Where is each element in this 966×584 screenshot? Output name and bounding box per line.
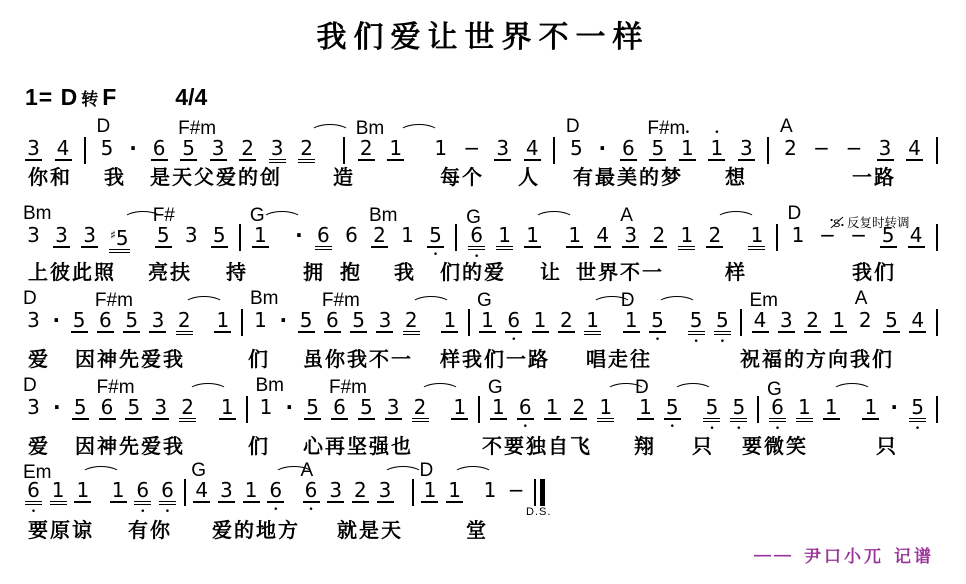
note-digit: 5 [649, 137, 666, 161]
note-token: 1 [74, 479, 91, 503]
lyric-segment: 就是天 [337, 514, 403, 543]
lyric-segment: 只 [876, 430, 898, 459]
note-digit: 1 [862, 396, 879, 420]
note-digit: 6 [134, 479, 151, 505]
chord-label: Em [23, 463, 52, 482]
note-token: 4 [594, 224, 611, 248]
note-token: 4 [524, 137, 541, 161]
slur-arc [99, 479, 102, 501]
note-digit: 4 [906, 137, 923, 161]
note-digit: 1 [566, 224, 583, 248]
note-digit: 3 [494, 137, 511, 161]
note-token: D1 [790, 224, 807, 246]
note-token: G1 [490, 396, 507, 420]
note-digit: 1 [524, 224, 541, 248]
note-token: 5• [909, 396, 926, 422]
note-token: D1 [623, 309, 640, 333]
note-digit: 6 [303, 479, 320, 503]
note-token: 1 [387, 137, 404, 161]
note-digit: 2 [352, 479, 369, 503]
note-token: 3 [81, 224, 98, 248]
note-digit: 6 [324, 309, 341, 333]
note-digit: 5 [909, 396, 926, 422]
note-token: 1• [708, 137, 725, 161]
note-digit: 1 [74, 479, 91, 503]
chord-label: D [419, 461, 433, 480]
note-digit: 3 [778, 309, 795, 333]
note-token: 6 [315, 224, 332, 250]
note-token: 5• [649, 309, 666, 333]
note-digit: 6 [343, 224, 360, 246]
note-token: 2 [352, 479, 369, 503]
note-digit: 2 [570, 396, 587, 420]
octave-dot-high: • [685, 130, 690, 136]
lyric-segment: 样我们一路 [440, 343, 550, 372]
chord-label: D [97, 117, 111, 136]
barline [757, 396, 759, 423]
note-token: 3 [377, 479, 394, 503]
barline [936, 224, 938, 251]
note-token: G1 [252, 224, 269, 248]
note-token: − [506, 479, 526, 501]
barline [740, 309, 742, 336]
key-prefix: 1= D [25, 84, 78, 111]
chord-label: Bm [369, 206, 398, 225]
note-token: ♯5 [109, 224, 130, 253]
note-token: G6• [468, 224, 485, 250]
note-token: · [278, 309, 288, 331]
note-digit: 4 [594, 224, 611, 248]
lyric-segment: 爱 [28, 343, 50, 372]
note-digit: 1 [708, 137, 725, 161]
chord-label: D [23, 376, 37, 395]
note-digit: 1 [479, 309, 496, 333]
note-digit: 2 [706, 224, 723, 248]
barline [184, 479, 186, 506]
note-token: 4 [55, 137, 72, 161]
note-digit: 4 [193, 479, 210, 503]
note-digit: 6 [151, 137, 168, 161]
note-token: D3 [25, 396, 42, 418]
note-digit: 1 [399, 224, 416, 246]
barline [84, 137, 86, 164]
note-digit: 1 [421, 479, 438, 503]
chord-label: F# [153, 206, 175, 225]
note-digit: 5 [304, 396, 321, 420]
note-token: Bm1 [257, 396, 274, 418]
lyric-segment: 持 [226, 256, 248, 285]
chord-label: D [23, 289, 37, 308]
note-token: 1 [219, 396, 236, 420]
sheet-music-page: 我们爱让世界不一样 1= D 转 F 4/4 34D5·6F#m53232Bm2… [0, 0, 966, 584]
note-digit: 3 [269, 137, 286, 163]
note-token: 6• [134, 479, 151, 505]
lyric-segment: 想 [725, 161, 747, 190]
barline [455, 224, 457, 251]
note-digit: 1 [544, 396, 561, 420]
octave-dot-high: • [714, 130, 719, 136]
repeat-annotation-text: 反复时转调 [847, 213, 910, 231]
note-token: 5 [125, 396, 142, 420]
chord-label: A [301, 461, 314, 480]
note-token: F#m6 [324, 309, 341, 333]
chord-label: G [488, 378, 503, 397]
notation-system-5: Em6•1116•6•G4316•A6•323D111− [25, 479, 545, 505]
lyric-segment: 我们 [852, 256, 896, 285]
svg-text:S: S [833, 218, 840, 229]
note-digit: 5 [714, 309, 731, 335]
slur-arc [675, 309, 678, 331]
note-digit: 2 [650, 224, 667, 248]
note-token: 2 [403, 309, 420, 335]
credit-label: 记谱 [894, 542, 934, 567]
note-digit: 1 [50, 479, 67, 505]
note-token: 5 [71, 309, 88, 333]
note-token: Em4 [752, 309, 769, 333]
note-token: 3 [376, 309, 393, 333]
note-token: 6• [517, 396, 534, 420]
note-token: Bm2 [371, 224, 388, 248]
note-digit: 3 [152, 396, 169, 420]
note-token: 1 [862, 396, 879, 420]
slur-arc [552, 224, 555, 246]
note-digit: 2 [857, 309, 874, 331]
notation-system-2: Bm333♯5F#535G1·66Bm215•G6•1114A32121D1−−… [25, 224, 938, 250]
slur-arc [624, 396, 627, 418]
song-title: 我们爱让世界不一样 [0, 12, 966, 56]
lyric-segment: 亮扶 [148, 256, 192, 285]
chord-label: D [621, 291, 635, 310]
note-digit: 6 [97, 309, 114, 333]
note-token: 1 [110, 479, 127, 503]
note-token: 2 [650, 224, 667, 248]
note-digit: 5 [883, 309, 900, 333]
note-digit: 5 [180, 137, 197, 161]
lyric-segment: 心再坚强也 [303, 430, 413, 459]
notation-system-3: D3·5F#m65321Bm1·5F#m65321G16•121D15•5•5•… [25, 309, 938, 335]
note-digit: 6 [99, 396, 116, 420]
augmentation-dot: · [889, 396, 899, 418]
ds-marker: D.S. [526, 506, 551, 518]
note-token: G1 [479, 309, 496, 333]
note-token: F#m5 [649, 137, 666, 161]
note-token: 5 [304, 396, 321, 420]
note-digit: 6 [620, 137, 637, 161]
note-token: 3 [149, 309, 166, 333]
note-token: 6• [159, 479, 176, 505]
note-digit: 3 [376, 309, 393, 333]
lyric-segment: 堂 [466, 514, 488, 543]
note-digit: 5 [703, 396, 720, 422]
note-token: · [128, 137, 138, 159]
key-to: F [102, 84, 117, 111]
note-token: 6 [343, 224, 360, 246]
chord-label: Bm [255, 376, 284, 395]
note-token: 6 [151, 137, 168, 161]
note-digit: 2 [179, 396, 196, 422]
slur-arc [850, 396, 853, 418]
note-digit: ♯5 [109, 224, 130, 253]
note-digit: 1 [584, 309, 601, 335]
lyric-segment: 一路 [852, 161, 896, 190]
note-token: Bm1 [252, 309, 269, 331]
duration-dash: − [462, 137, 482, 159]
note-digit: 2 [239, 137, 256, 161]
note-digit: 4 [752, 309, 769, 333]
credit-dash: —— [754, 545, 794, 565]
note-digit: 5 [99, 137, 116, 159]
note-digit: 1 [387, 137, 404, 161]
final-barline [534, 479, 545, 506]
lyric-segment: 有你 [128, 514, 172, 543]
duration-dash: − [844, 137, 864, 159]
note-token: D5 [99, 137, 116, 159]
notation-system-4: D3·5F#m65321Bm1·5F#m65321G16•121D15•5•5•… [25, 396, 938, 422]
note-digit: 6 [331, 396, 348, 420]
note-token: 5• [703, 396, 720, 422]
note-token: 3 [385, 396, 402, 420]
note-token: Bm3 [25, 224, 42, 246]
note-digit: 3 [149, 309, 166, 333]
slur-arc-curve [310, 124, 350, 141]
lyric-segment: 不要独自飞 [482, 430, 592, 459]
note-token: 5• [427, 224, 444, 248]
barline [412, 479, 414, 506]
note-token: 1 [441, 309, 458, 333]
note-digit: 2 [358, 137, 375, 161]
note-token: F#m6 [97, 309, 114, 333]
lyric-segment: 我 [104, 161, 126, 190]
lyric-segment: 只 [692, 430, 714, 459]
note-token: 5 [298, 309, 315, 333]
lyrics-line-1: 你和我是天父爱的创造每个人有最美的梦想一路 [0, 161, 966, 187]
lyric-segment: 每个 [440, 161, 484, 190]
note-token: 1 [432, 137, 449, 159]
note-digit: 2 [412, 396, 429, 422]
notation-system-1: 34D5·6F#m53232Bm211−34D5·6F#m51•1•3A2−−3… [25, 137, 938, 163]
note-digit: 1 [830, 309, 847, 333]
note-digit: 4 [524, 137, 541, 161]
chord-label: F#m [178, 119, 216, 138]
lyrics-line-4: 爱因神先爱我们心再坚强也不要独自飞翔只要微笑只 [0, 430, 966, 456]
note-digit: 5 [358, 396, 375, 420]
lyric-segment: 们的爱 [440, 256, 506, 285]
chord-label: A [855, 289, 868, 308]
barline [936, 309, 938, 336]
note-digit: 6 [267, 479, 284, 503]
duration-dash: − [811, 137, 831, 159]
lyric-segment: 唱走往 [586, 343, 652, 372]
note-digit: 1 [214, 309, 231, 333]
note-digit: 1 [432, 137, 449, 159]
note-token: 1 [796, 396, 813, 422]
note-token: 3 [494, 137, 511, 161]
note-token: 5• [664, 396, 681, 420]
slur-arc [292, 479, 295, 501]
note-digit: 1 [451, 396, 468, 420]
chord-label: A [780, 117, 793, 136]
note-digit: 1 [623, 309, 640, 333]
note-digit: 3 [25, 309, 42, 331]
chord-label: D [788, 204, 802, 223]
repeat-annotation: S 反复时转调 [830, 213, 910, 231]
note-digit: 1 [679, 137, 696, 161]
note-digit: 1 [678, 224, 695, 250]
note-digit: 1 [243, 479, 260, 503]
chord-label: G [477, 291, 492, 310]
slur-arc [280, 224, 283, 246]
note-digit: 1 [110, 479, 127, 503]
note-digit: 5 [350, 309, 367, 333]
chord-label: G [466, 208, 481, 227]
note-digit: 1 [748, 224, 765, 250]
lyric-segment: 祝福的方向我们 [740, 343, 894, 372]
chord-label: D [635, 378, 649, 397]
note-token: 1 [532, 309, 549, 333]
note-digit: 2 [176, 309, 193, 335]
note-token: · [294, 224, 304, 246]
note-token: 1 [597, 396, 614, 422]
note-token: 3 [218, 479, 235, 503]
note-digit: 1 [252, 224, 269, 248]
octave-dot-low: • [273, 507, 278, 513]
slur-arc [610, 309, 613, 331]
note-digit: 3 [25, 137, 42, 161]
note-digit: 1 [597, 396, 614, 422]
barline [239, 224, 241, 251]
note-digit: 3 [25, 396, 42, 418]
slur-arc [417, 137, 420, 159]
note-token: D3 [25, 309, 42, 331]
note-token: Bm2 [358, 137, 375, 161]
augmentation-dot: · [278, 309, 288, 331]
note-token: 1 [214, 309, 231, 333]
note-token: 1 [584, 309, 601, 335]
note-digit: 2 [403, 309, 420, 335]
note-token: 1 [748, 224, 765, 250]
lyric-segment: 要微笑 [742, 430, 808, 459]
sharp-sign: ♯ [110, 228, 116, 242]
segno-icon: S [830, 216, 844, 229]
note-digit: 4 [909, 309, 926, 333]
note-token: · [51, 309, 61, 331]
slur-arc [141, 224, 144, 246]
note-digit: 5 [72, 396, 89, 420]
chord-label: Em [750, 291, 779, 310]
slur-arc [471, 479, 474, 501]
augmentation-dot: · [51, 309, 61, 331]
chord-label: F#m [647, 119, 685, 138]
note-digit: 3 [738, 137, 755, 161]
note-token: 1 [496, 224, 513, 250]
credit-name: 尹口小兀 [804, 542, 884, 567]
note-digit: 2 [298, 137, 315, 163]
note-digit: 1 [490, 396, 507, 420]
note-digit: 3 [210, 137, 227, 161]
note-digit: 1 [481, 479, 498, 501]
lyric-segment: 有最美的梦 [573, 161, 683, 190]
note-token: 1• [679, 137, 696, 161]
slur-arc [206, 396, 209, 418]
lyric-segment: 因神先爱我 [75, 343, 185, 372]
note-digit: 5 [730, 396, 747, 422]
note-digit: 5 [211, 224, 228, 248]
note-token: A2 [782, 137, 799, 159]
lyric-segment: 我 [394, 256, 416, 285]
lyric-segment: 爱 [28, 430, 50, 459]
note-token: − [844, 137, 864, 159]
slur-arc [438, 396, 441, 418]
note-token: 3 [738, 137, 755, 161]
note-token: − [811, 137, 831, 159]
note-token: 1 [451, 396, 468, 420]
note-digit: 5 [155, 224, 172, 248]
note-digit: 1 [823, 396, 840, 420]
note-digit: 5 [427, 224, 444, 248]
chord-label: A [620, 206, 633, 225]
slur-arc [429, 309, 432, 331]
barline [478, 396, 480, 423]
lyric-segment: 样 [725, 256, 747, 285]
note-token: A3 [622, 224, 639, 248]
chord-label: Bm [250, 289, 279, 308]
lyric-segment: 世界不一 [576, 256, 664, 285]
lyric-segment: 翔 [634, 430, 656, 459]
barline [246, 396, 248, 423]
note-token: 2 [176, 309, 193, 335]
note-token: 3 [327, 479, 344, 503]
lyric-segment: 们 [248, 430, 270, 459]
lyric-segment: 要原谅 [28, 514, 94, 543]
key-transpose-label: 转 [81, 85, 99, 110]
note-digit: 3 [622, 224, 639, 248]
note-digit: 3 [877, 137, 894, 161]
augmentation-dot: · [294, 224, 304, 246]
note-token: A6• [303, 479, 320, 503]
lyric-segment: 你和 [28, 161, 72, 190]
note-digit: 2 [782, 137, 799, 159]
slur-arc [734, 224, 737, 246]
lyric-segment: 是天父爱的创 [150, 161, 282, 190]
slur-arc [328, 137, 331, 159]
note-token: A2 [857, 309, 874, 331]
note-token: G4 [193, 479, 210, 503]
chord-label: Bm [356, 119, 385, 138]
lyric-segment: 们 [248, 343, 270, 372]
note-token: 1 [823, 396, 840, 420]
lyric-segment: 抱 [340, 256, 362, 285]
octave-dot-low: • [308, 507, 313, 513]
note-token: 3 [25, 137, 42, 161]
note-token: 2 [706, 224, 723, 248]
note-token: 1 [481, 479, 498, 501]
note-digit: 3 [377, 479, 394, 503]
lyric-segment: 爱的地方 [212, 514, 300, 543]
note-digit: 6 [159, 479, 176, 505]
note-token: 1 [446, 479, 463, 503]
barline [241, 309, 243, 336]
lyric-segment: 造 [333, 161, 355, 190]
note-token: 4 [908, 224, 925, 248]
slur-arc [691, 396, 694, 418]
note-digit: 3 [218, 479, 235, 503]
note-digit: 3 [25, 224, 42, 246]
note-token: · [284, 396, 294, 418]
note-digit: 5 [664, 396, 681, 420]
chord-label: G [767, 380, 782, 399]
note-digit: 1 [532, 309, 549, 333]
lyrics-line-5: 要原谅有你爱的地方就是天堂 [0, 514, 966, 540]
